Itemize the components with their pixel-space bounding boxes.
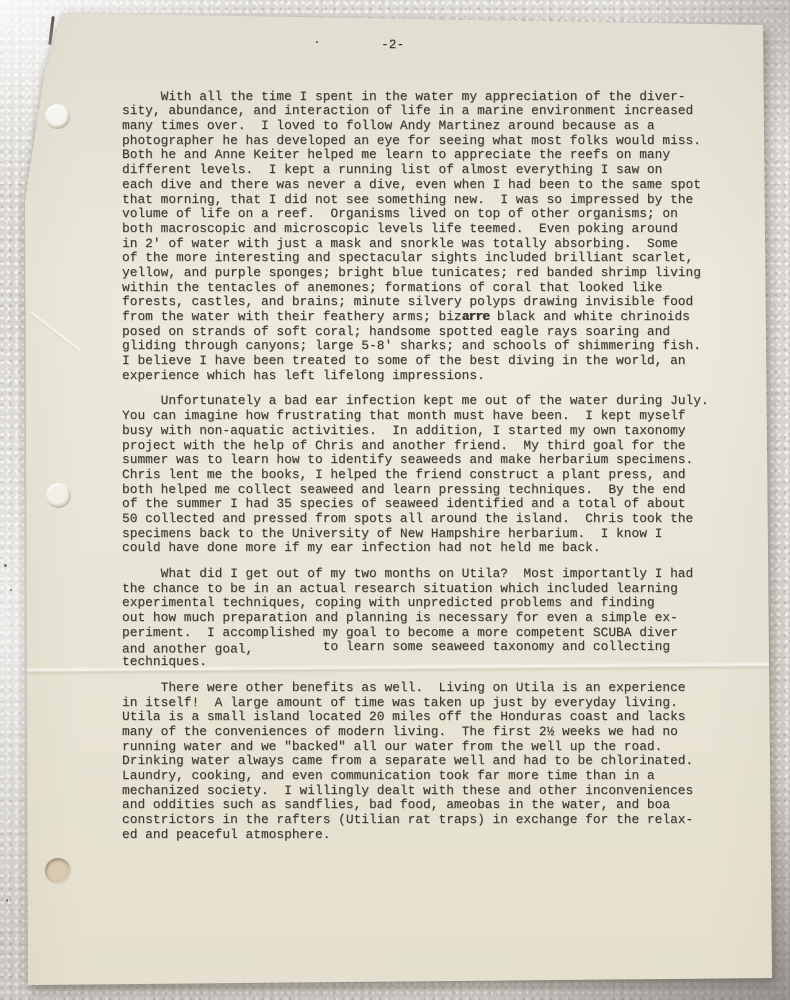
- text-line: many of the conveniences of modern livin…: [122, 725, 742, 740]
- photo-scene: -2- With all the time I spent in the wat…: [0, 0, 790, 1000]
- punch-hole-bottom: [45, 858, 71, 884]
- text-line: in 2' of water with just a mask and snor…: [122, 237, 742, 252]
- text-line: the chance to be in an actual research s…: [122, 582, 742, 597]
- text-line: could have done more if my ear infection…: [122, 541, 742, 556]
- text-line: ed and peaceful atmosphere.: [122, 828, 742, 843]
- line-fragment: from the water with their feathery arms;…: [122, 309, 462, 324]
- text-line: Drinking water always came from a separa…: [122, 754, 742, 769]
- text-line: posed on strands of soft coral; handsome…: [122, 325, 742, 340]
- text-line: periment. I accomplished my goal to beco…: [122, 626, 742, 641]
- text-line: out how much preparation and planning is…: [122, 611, 742, 626]
- text-line: and oddities such as sandflies, bad food…: [122, 798, 742, 813]
- text-line: summer was to learn how to identify seaw…: [122, 453, 742, 468]
- text-line: both macroscopic and microscopic levels …: [122, 222, 742, 237]
- text-line: running water and we "backed" all our wa…: [122, 740, 742, 755]
- text-line: yellow, and purple sponges; bright blue …: [122, 266, 742, 281]
- text-line: of the summer I had 35 species of seawee…: [122, 497, 742, 512]
- fold-crease-small: [29, 311, 80, 352]
- text-line: sity, abundance, and interaction of life…: [122, 104, 742, 119]
- text-line-corrected: and another goal, to learn some seaweed …: [122, 640, 742, 655]
- document-page-wrap: -2- With all the time I spent in the wat…: [0, 0, 790, 1000]
- text-line: With all the time I spent in the water m…: [122, 90, 742, 105]
- text-line: different levels. I kept a running list …: [122, 163, 742, 178]
- text-line: many times over. I loved to follow Andy …: [122, 119, 742, 134]
- text-line: Unfortunately a bad ear infection kept m…: [122, 394, 742, 409]
- text-line: There were other benefits as well. Livin…: [122, 681, 742, 696]
- text-line: volume of life on a reef. Organisms live…: [122, 207, 742, 222]
- paragraph-4: There were other benefits as well. Livin…: [122, 681, 742, 843]
- paragraph-1: With all the time I spent in the water m…: [122, 90, 742, 384]
- text-line: forests, castles, and brains; minute sil…: [122, 295, 742, 310]
- document-page: -2- With all the time I spent in the wat…: [0, 0, 790, 1000]
- typed-insertion: and another goal,: [122, 643, 323, 658]
- text-line: You can imagine how frustrating that mon…: [122, 409, 742, 424]
- text-line: Chris lent me the books, I helped the fr…: [122, 468, 742, 483]
- text-line: Utila is a small island located 20 miles…: [122, 710, 742, 725]
- text-line: experience which has left lifelong impre…: [122, 369, 742, 384]
- text-line: project with the help of Chris and anoth…: [122, 439, 742, 454]
- text-line: busy with non-aquatic activities. In add…: [122, 424, 742, 439]
- text-line: Laundry, cooking, and even communication…: [122, 769, 742, 784]
- text-line: Both he and Anne Keiter helped me learn …: [122, 148, 742, 163]
- text-line: What did I get out of my two months on U…: [122, 567, 742, 582]
- page-number: -2-: [122, 38, 742, 53]
- overstruck-letters: arre: [462, 309, 490, 324]
- text-line: specimens back to the University of New …: [122, 527, 742, 542]
- text-line: each dive and there was never a dive, ev…: [122, 178, 742, 193]
- text-line: photographer he has developed an eye for…: [122, 134, 742, 149]
- text-line: both helped me collect seaweed and learn…: [122, 483, 742, 498]
- text-line: experimental techniques, coping with unp…: [122, 596, 742, 611]
- text-line: constrictors in the rafters (Utilian rat…: [122, 813, 742, 828]
- text-line-overstruck: from the water with their feathery arms;…: [122, 310, 742, 325]
- text-line: of the more interesting and spectacular …: [122, 251, 742, 266]
- typed-text: -2- With all the time I spent in the wat…: [122, 38, 742, 853]
- text-line: that morning, that I did not see somethi…: [122, 193, 742, 208]
- punch-hole-middle: [46, 483, 71, 508]
- text-line: I believe I have been treated to some of…: [122, 354, 742, 369]
- text-line: 50 collected and pressed from spots all …: [122, 512, 742, 527]
- line-continuation: to learn some seaweed taxonomy and colle…: [323, 639, 670, 654]
- paragraph-3: What did I get out of my two months on U…: [122, 567, 742, 670]
- punch-hole-top: [45, 104, 70, 129]
- paragraph-2: Unfortunately a bad ear infection kept m…: [122, 394, 742, 556]
- line-fragment: black and white chrinoids: [489, 309, 690, 324]
- text-line: within the tentacles of anemones; format…: [122, 281, 742, 296]
- text-line: mechanized society. I willingly dealt wi…: [122, 784, 742, 799]
- text-line: in itself! A large amount of time was ta…: [122, 696, 742, 711]
- text-line: gliding through canyons; large 5-8' shar…: [122, 339, 742, 354]
